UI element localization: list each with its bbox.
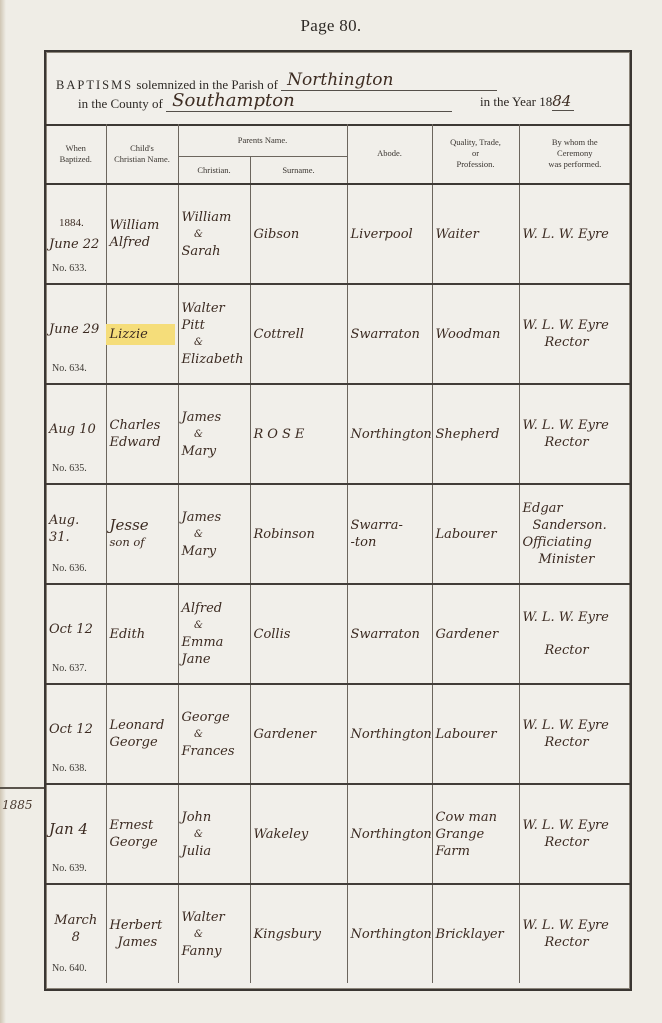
cell-parents-christian: George&Frances [178,684,250,784]
cell-trade: Gardener [432,584,519,684]
table-row: 1884.June 22No. 633. WilliamAlfred Willi… [46,184,630,284]
col-header-trade: Quality, Trade,orProfession. [432,124,519,184]
col-header-parents-surname: Surname. [250,157,347,185]
cell-officiant: W. L. W. EyreRector [519,884,630,983]
cell-surname: Collis [250,584,347,684]
cell-officiant: W. L. W. EyreRector [519,784,630,884]
table-row: March 8No. 640. HerbertJames Walter&Fann… [46,884,630,983]
page-number: Page 80. [0,16,662,36]
cell-trade: Cow manGrange Farm [432,784,519,884]
cell-parents-christian: William&Sarah [178,184,250,284]
cell-abode: Liverpool [347,184,432,284]
cell-date: Aug 10No. 635. [46,384,106,484]
cell-surname: Cottrell [250,284,347,384]
col-header-officiant: By whom theCeremonywas performed. [519,124,630,184]
table-row: June 29No. 634. Lizzie Walter Pitt&Eliza… [46,284,630,384]
cell-officiant: W. L. W. EyreRector [519,684,630,784]
cell-officiant: W. L. W. Eyre [519,184,630,284]
cell-trade: Labourer [432,484,519,584]
cell-abode: Northington [347,684,432,784]
cell-parents-christian: Walter&Fanny [178,884,250,983]
cell-child-name: CharlesEdward [106,384,178,484]
entry-number: No. 638. [52,760,87,777]
cell-officiant: W. L. W. EyreRector [519,284,630,384]
cell-surname: Gibson [250,184,347,284]
entry-number: No. 637. [52,660,87,677]
cell-date: Aug. 31.No. 636. [46,484,106,584]
entry-number: No. 636. [52,560,87,577]
cell-child-name: ErnestGeorge [106,784,178,884]
register-title-block: BAPTISMS solemnized in the Parish of Nor… [46,52,630,126]
heading-baptisms: BAPTISMS [56,78,133,92]
cell-child-name: Jesseson of [106,484,178,584]
page-binding-edge [0,0,6,1023]
cell-surname: Gardener [250,684,347,784]
cell-trade: Woodman [432,284,519,384]
entry-number: No. 640. [52,960,87,977]
cell-child-name: WilliamAlfred [106,184,178,284]
cell-parents-christian: James&Mary [178,384,250,484]
year-label: in the Year 18 [480,94,552,109]
year-line: in the Year 1884 [480,92,574,111]
cell-date: June 29No. 634. [46,284,106,384]
cell-date: Jan 4No. 639. [46,784,106,884]
cell-trade: Waiter [432,184,519,284]
cell-surname: ROSE [250,384,347,484]
cell-date: Oct 12No. 637. [46,584,106,684]
col-header-child-name: Child'sChristian Name. [106,124,178,184]
cell-date: 1884.June 22No. 633. [46,184,106,284]
cell-surname: Wakeley [250,784,347,884]
cell-trade: Shepherd [432,384,519,484]
year-field: 84 [552,92,574,111]
cell-abode: Swarraton [347,584,432,684]
table-row: Aug 10No. 635. CharlesEdward James&Mary … [46,384,630,484]
col-header-parents-name: Parents Name. [178,124,347,157]
cell-abode: Northington [347,784,432,884]
cell-abode: Swarra- -ton [347,484,432,584]
entry-number: No. 633. [52,260,87,277]
parish-field: Northington [281,70,497,91]
table-row: Aug. 31.No. 636. Jesseson of James&Mary … [46,484,630,584]
baptisms-table: WhenBaptized. Child'sChristian Name. Par… [46,124,630,983]
cell-parents-christian: Walter Pitt&Elizabeth [178,284,250,384]
col-header-abode: Abode. [347,124,432,184]
cell-child-name: LeonardGeorge [106,684,178,784]
cell-date: Oct 12No. 638. [46,684,106,784]
cell-officiant: W. L. W. EyreRector [519,584,630,684]
cell-officiant: W. L. W. EyreRector [519,384,630,484]
entry-number: No. 639. [52,860,87,877]
col-header-parents-christian: Christian. [178,157,250,185]
margin-year-rule [0,787,44,789]
cell-surname: Kingsbury [250,884,347,983]
col-header-when: WhenBaptized. [46,124,106,184]
cell-child-name: HerbertJames [106,884,178,983]
cell-abode: Swarraton [347,284,432,384]
highlighted-name: Lizzie [106,324,175,345]
table-row: Oct 12No. 638. LeonardGeorge George&Fran… [46,684,630,784]
county-line: in the County of Southampton [78,92,452,114]
table-row: Oct 12No. 637. Edith Alfred&Emma Jane Co… [46,584,630,684]
cell-parents-christian: James&Mary [178,484,250,584]
cell-officiant: EdgarSanderson.OfficiatingMinister [519,484,630,584]
cell-child-name: Edith [106,584,178,684]
cell-parents-christian: John&Julia [178,784,250,884]
baptism-register: BAPTISMS solemnized in the Parish of Nor… [44,50,632,991]
cell-trade: Bricklayer [432,884,519,983]
cell-date: March 8No. 640. [46,884,106,983]
cell-surname: Robinson [250,484,347,584]
entry-number: No. 635. [52,460,87,477]
entry-number: No. 634. [52,360,87,377]
cell-abode: Northington [347,384,432,484]
county-field: Southampton [166,90,452,112]
cell-child-name: Lizzie [106,284,178,384]
cell-trade: Labourer [432,684,519,784]
table-row: Jan 4No. 639. ErnestGeorge John&Julia Wa… [46,784,630,884]
cell-parents-christian: Alfred&Emma Jane [178,584,250,684]
county-label: in the County of [78,96,163,111]
cell-abode: Northington [347,884,432,983]
margin-year-note: 1885 [2,798,33,812]
